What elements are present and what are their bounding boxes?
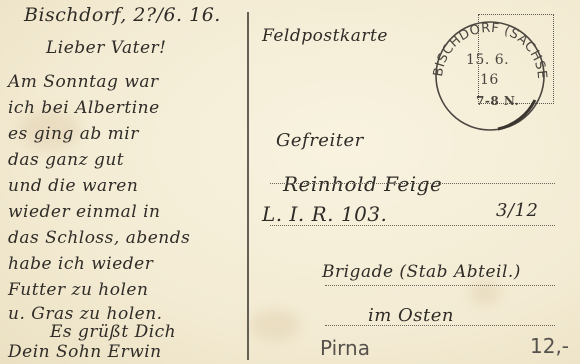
pencil-note-price: 12,- [530,334,569,358]
address-line-4 [325,325,555,326]
recipient-rank: Gefreiter [276,130,364,151]
pencil-note-place: Pirna [320,336,370,360]
address-line-3 [325,285,555,286]
recipient-location-2: im Osten [368,305,454,326]
divider-line [247,12,249,360]
address-line-1 [270,183,555,184]
message-dateline: Bischdorf, 2?/6. 16. [24,4,221,26]
recipient-name: Reinhold Feige [283,172,442,196]
message-line: wieder einmal in [8,202,160,222]
paper-stain [470,280,500,305]
svg-text:BISCHDORF (SACHSEN): BISCHDORF (SACHSEN) [420,10,549,80]
message-line: das Schloss, abends [8,228,190,248]
recipient-location: Brigade (Stab Abteil.) [322,262,521,282]
message-line: ich bei Albertine [8,98,160,118]
message-line: habe ich wieder [8,254,153,274]
feldpost-header: Feldpostkarte [262,26,388,46]
message-line: u. Gras zu holen. [8,304,163,324]
paper-stain [250,310,300,340]
message-greeting: Lieber Vater! [46,38,166,58]
address-line-2 [270,225,555,226]
postcard: Bischdorf, 2?/6. 16. Lieber Vater! Am So… [0,0,580,364]
postmark-time: 7-8 N. [476,94,519,108]
message-line: und die waren [8,176,138,196]
message-line: Futter zu holen [8,280,148,300]
message-line: Am Sonntag war [8,72,159,92]
message-closing: Es grüßt Dich [50,322,176,342]
message-line: es ging ab mir [8,124,139,144]
recipient-unit: L. I. R. 103. [262,202,387,226]
postmark-date: 15. 6. [466,52,509,68]
message-line: das ganz gut [8,150,124,170]
postmark-year: 16 [480,72,499,88]
message-signature: Dein Sohn Erwin [8,342,162,362]
recipient-company: 3/12 [496,200,538,221]
